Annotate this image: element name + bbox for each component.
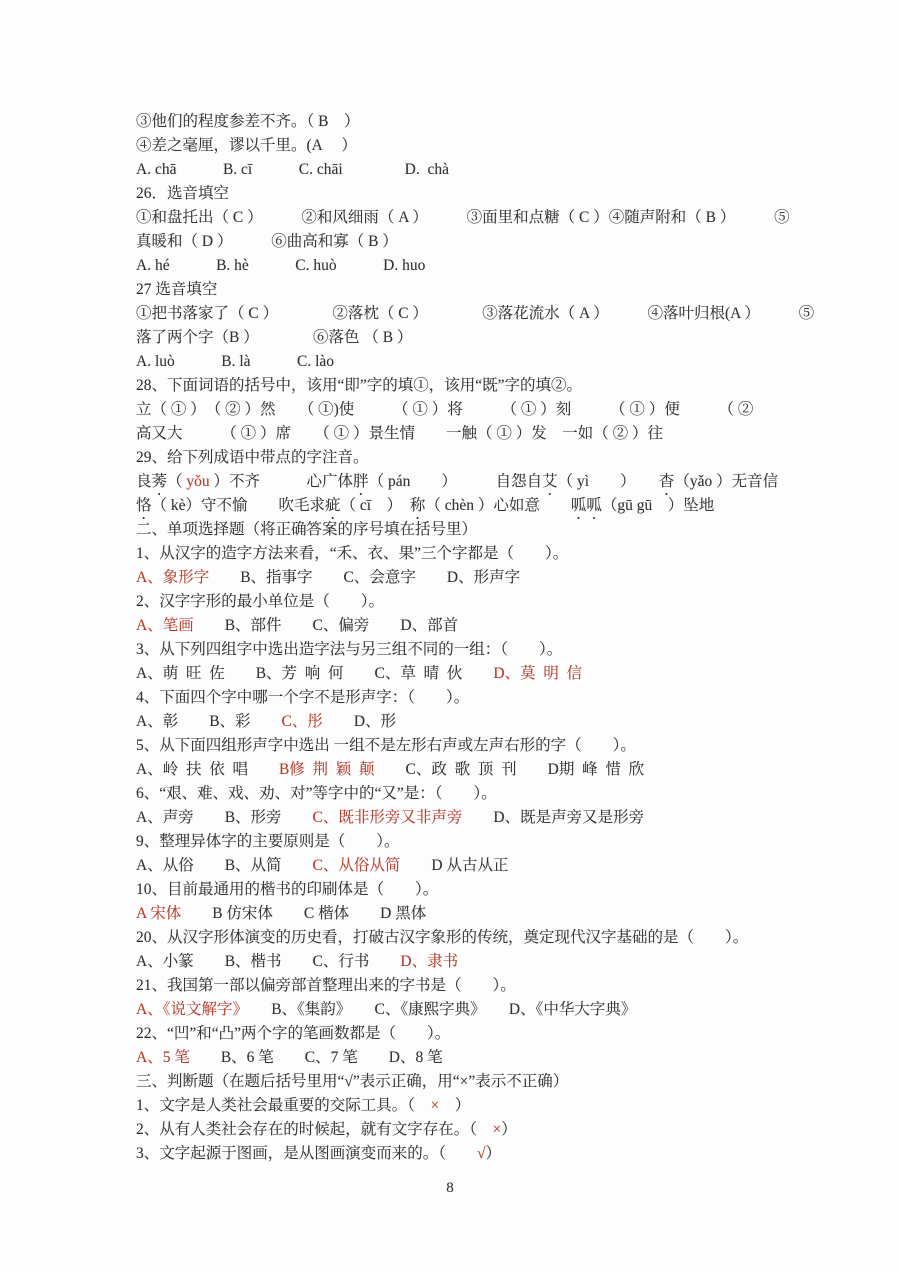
text-line: 29、给下列成语中带点的字注音。	[136, 446, 840, 470]
text-line: 三、判断题（在题后括号里用“√”表示正确，用“×”表示不正确）	[136, 1070, 840, 1094]
text-run: 立（ ① ） （ ② ）然 （ ①)使 （ ① ）将 （ ① ）刻 （ ① ）便…	[136, 401, 753, 418]
text-line: 4、下面四个字中哪一个字不是形声字：（ ）。	[136, 686, 840, 710]
answer-text: ×	[431, 1097, 440, 1114]
text-run: C、政 歌 顶 刊 D期 峰 惜 欣	[375, 761, 645, 778]
text-line: A、《说文解字》 B、《集韵》 C、《康熙字典》 D、《中华大字典》	[136, 998, 840, 1022]
text-line: 3、从下列四组字中选出造字法与另三组不同的一组：（ ）。	[136, 638, 840, 662]
text-line: 立（ ① ） （ ② ）然 （ ①)使 （ ① ）将 （ ① ）刻 （ ① ）便…	[136, 398, 840, 422]
text-run: （ pán ） 自怨自	[369, 473, 543, 490]
text-run: 3、文字起源于图画，是从图画演变而来的。（	[136, 1145, 477, 1162]
answer-text: C、彤	[282, 713, 323, 730]
answer-text: √	[477, 1145, 486, 1162]
text-run: A、小篆 B、楷书 C、行书	[136, 953, 400, 970]
text-run: 3、从下列四组字中选出造字法与另三组不同的一组：（ ）。	[136, 641, 562, 658]
text-run: A、岭 扶 依 唱	[136, 761, 279, 778]
text-line: A、声旁 B、形旁 C、既非形旁又非声旁 D、既是声旁又是形旁	[136, 806, 840, 830]
text-run: 21、我国第一部以偏旁部首整理出来的字书是（ ）。	[136, 977, 516, 994]
text-run: 称	[410, 497, 426, 514]
text-run: 6、“艰、难、戏、劝、对”等字中的“又”是：（ ）。	[136, 785, 497, 802]
text-run: ）	[486, 1145, 502, 1162]
text-run: 9、整理异体字的主要原则是（ ）。	[136, 833, 400, 850]
text-run: 二、单项选择题（将正确答案的序号填在括号里）	[136, 521, 477, 538]
text-run: B、指事字 C、会意字 D、形声字	[209, 569, 520, 586]
text-line: A、小篆 B、楷书 C、行书 D、隶书	[136, 950, 840, 974]
text-run: 2、从有人类社会存在的时候起，就有文字存在。（	[136, 1121, 493, 1138]
text-line: 5、从下面四组形声字中选出 一组不是左形右声或左声右形的字（ ）。	[136, 734, 840, 758]
text-run: 艾	[542, 473, 558, 490]
answer-text: A、象形字	[136, 569, 209, 586]
answer-text: A、《说文解字》	[136, 1001, 240, 1018]
text-run: 10、目前最通用的楷书的印刷体是（ ）。	[136, 881, 438, 898]
text-run: （ cī ）	[341, 497, 410, 514]
page-number: 8	[0, 1176, 900, 1200]
text-line: 3、文字起源于图画，是从图画演变而来的。（ √）	[136, 1142, 840, 1166]
text-line: A、5 笔 B、6 笔 C、7 笔 D、8 笔	[136, 1046, 840, 1070]
text-run: 呱呱	[571, 497, 602, 514]
text-line: 真暖和（ D ） ⑥曲高和寡（ B ）	[136, 230, 840, 254]
text-run: D、既是声旁又是形旁	[462, 809, 644, 826]
text-run: （	[167, 473, 186, 490]
text-run: A、声旁 B、形旁	[136, 809, 313, 826]
text-run: ①把书落家了（ C ） ②落枕（ C ） ③落花流水（ A ） ④落叶归根(A …	[136, 305, 814, 322]
text-line: 20、从汉字形体演变的历史看，打破古汉字象形的传统，奠定现代汉字基础的是（ ）。	[136, 926, 840, 950]
text-line: 高又大 （ ① ）席 （ ① ）景生情 一触（ ① ）发 一如（ ② ）往	[136, 422, 840, 446]
text-run: 1、从汉字的造字方法来看，“禾、衣、果”三个字都是（ ）。	[136, 545, 568, 562]
text-line: A、岭 扶 依 唱 B修 荆 颖 颠 C、政 歌 顶 刊 D期 峰 惜 欣	[136, 758, 840, 782]
text-line: 9、整理异体字的主要原则是（ ）。	[136, 830, 840, 854]
text-run: B、6 笔 C、7 笔 D、8 笔	[190, 1049, 443, 1066]
text-line: 1、文字是人类社会最重要的交际工具。（ × ）	[136, 1094, 840, 1118]
text-line: 1、从汉字的造字方法来看，“禾、衣、果”三个字都是（ ）。	[136, 542, 840, 566]
answer-text: ×	[493, 1121, 502, 1138]
text-line: A. chā B. cī C. chāi D. chà	[136, 158, 840, 182]
text-run: A、萌 旺 佐 B、芳 响 何 C、草 晴 伙	[136, 665, 493, 682]
text-run: 4、下面四个字中哪一个字不是形声字：（ ）。	[136, 689, 469, 706]
text-run: 落了两个字（B ） ⑥落色 （ B ）	[136, 329, 412, 346]
answer-text: A、5 笔	[136, 1049, 190, 1066]
text-line: ④差之毫厘，谬以千里。(A ）	[136, 134, 840, 158]
text-run: 20、从汉字形体演变的历史看，打破古汉字象形的传统，奠定现代汉字基础的是（ ）。	[136, 929, 748, 946]
text-run: 高又大 （ ① ）席 （ ① ）景生情 一触（ ① ）发 一如（ ② ）往	[136, 425, 663, 442]
text-run: A. chā B. cī C. chāi D. chà	[136, 161, 449, 178]
text-run: 真暖和（ D ） ⑥曲高和寡（ B ）	[136, 233, 398, 250]
text-run: 5、从下面四组形声字中选出 一组不是左形右声或左声右形的字（ ）。	[136, 737, 636, 754]
text-run: （ chèn ）心如意	[425, 497, 571, 514]
text-run: A、彰 B、彩	[136, 713, 282, 730]
text-line: A. hé B. hè C. huò D. huo	[136, 254, 840, 278]
text-line: 21、我国第一部以偏旁部首整理出来的字书是（ ）。	[136, 974, 840, 998]
answer-text: D、隶书	[400, 953, 458, 970]
text-run: （gū gū ）坠地	[602, 497, 714, 514]
text-run: ）不齐 心广体	[210, 473, 353, 490]
text-line: 22、“凹”和“凸”两个字的笔画数都是（ ）。	[136, 1022, 840, 1046]
answer-text: B修 荆 颖 颠	[279, 761, 375, 778]
answer-text: C、从俗从简	[313, 857, 401, 874]
text-run: ④差之毫厘，谬以千里。(A ）	[136, 137, 357, 154]
text-line: 落了两个字（B ） ⑥落色 （ B ）	[136, 326, 840, 350]
text-run: 莠	[152, 473, 168, 490]
answer-text: C、既非形旁又非声旁	[313, 809, 463, 826]
answer-text: A 宋体	[136, 905, 181, 922]
text-run: 2、汉字字形的最小单位是（ ）。	[136, 593, 384, 610]
text-line: 2、汉字字形的最小单位是（ ）。	[136, 590, 840, 614]
text-line: 26．选音填空	[136, 182, 840, 206]
text-line: 恪（ kè）守不愉 吹毛求疵（ cī ） 称（ chèn ）心如意 呱呱（gū …	[136, 494, 840, 518]
text-line: A、萌 旺 佐 B、芳 响 何 C、草 晴 伙 D、莫 明 信	[136, 662, 840, 686]
text-run: B 仿宋体 C 楷体 D 黑体	[181, 905, 426, 922]
text-run: A、从俗 B、从简	[136, 857, 313, 874]
answer-text: D、莫 明 信	[493, 665, 582, 682]
text-run: （ kè）守不愉 吹毛求	[152, 497, 326, 514]
text-run: （ yì ）	[558, 473, 659, 490]
text-line: 2、从有人类社会存在的时候起，就有文字存在。（ ×）	[136, 1118, 840, 1142]
text-run: 29、给下列成语中带点的字注音。	[136, 449, 369, 466]
text-run: A. hé B. hè C. huò D. huo	[136, 257, 425, 274]
text-run: B、《集韵》 C、《康熙字典》 D、《中华大字典》	[240, 1001, 636, 1018]
text-line: 28、下面词语的括号中，该用“即”字的填①，该用“既”字的填②。	[136, 374, 840, 398]
text-line: A 宋体 B 仿宋体 C 楷体 D 黑体	[136, 902, 840, 926]
text-run: 疵	[325, 497, 341, 514]
document-content: ③他们的程度参差不齐。（ B ）④差之毫厘，谬以千里。(A ）A. chā B.…	[136, 110, 840, 1166]
text-run: D、形	[323, 713, 396, 730]
text-run: 26．选音填空	[136, 185, 229, 202]
text-run: ①和盘托出（ C ） ②和风细雨（ A ） ③面里和点糖（ C ）④随声附和（ …	[136, 209, 790, 226]
text-run: ③他们的程度参差不齐。（ B ）	[136, 113, 359, 130]
text-run: A. luò B. là C. lào	[136, 353, 334, 370]
text-run: ）	[439, 1097, 470, 1114]
text-run: 良	[136, 473, 152, 490]
answer-text: A、笔画	[136, 617, 194, 634]
text-run: 杳	[659, 473, 675, 490]
text-run: B、部件 C、偏旁 D、部首	[194, 617, 458, 634]
text-run: 胖	[353, 473, 369, 490]
text-line: ①和盘托出（ C ） ②和风细雨（ A ） ③面里和点糖（ C ）④随声附和（ …	[136, 206, 840, 230]
document-page: ③他们的程度参差不齐。（ B ）④差之毫厘，谬以千里。(A ）A. chā B.…	[0, 0, 900, 1272]
text-run: 28、下面词语的括号中，该用“即”字的填①，该用“既”字的填②。	[136, 377, 582, 394]
text-run: 27 选音填空	[136, 281, 217, 298]
text-line: A、彰 B、彩 C、彤 D、形	[136, 710, 840, 734]
text-line: A、从俗 B、从简 C、从俗从简 D 从古从正	[136, 854, 840, 878]
text-run: ）	[501, 1121, 517, 1138]
text-line: A、象形字 B、指事字 C、会意字 D、形声字	[136, 566, 840, 590]
text-line: A、笔画 B、部件 C、偏旁 D、部首	[136, 614, 840, 638]
text-line: 6、“艰、难、戏、劝、对”等字中的“又”是：（ ）。	[136, 782, 840, 806]
text-line: 良莠（ yǒu ）不齐 心广体胖（ pán ） 自怨自艾（ yì ） 杳（yǎo…	[136, 470, 840, 494]
text-line: 10、目前最通用的楷书的印刷体是（ ）。	[136, 878, 840, 902]
text-run: 22、“凹”和“凸”两个字的笔画数都是（ ）。	[136, 1025, 450, 1042]
text-run: 三、判断题（在题后括号里用“√”表示正确，用“×”表示不正确）	[136, 1073, 568, 1090]
text-line: ③他们的程度参差不齐。（ B ）	[136, 110, 840, 134]
answer-text: yǒu	[186, 473, 209, 490]
text-run: 1、文字是人类社会最重要的交际工具。（	[136, 1097, 431, 1114]
text-run: （yǎo ）无音信	[674, 473, 778, 490]
text-run: D 从古从正	[400, 857, 508, 874]
text-line: ①把书落家了（ C ） ②落枕（ C ） ③落花流水（ A ） ④落叶归根(A …	[136, 302, 840, 326]
text-line: A. luò B. là C. lào	[136, 350, 840, 374]
text-line: 二、单项选择题（将正确答案的序号填在括号里）	[136, 518, 840, 542]
text-line: 27 选音填空	[136, 278, 840, 302]
text-run: 恪	[136, 497, 152, 514]
